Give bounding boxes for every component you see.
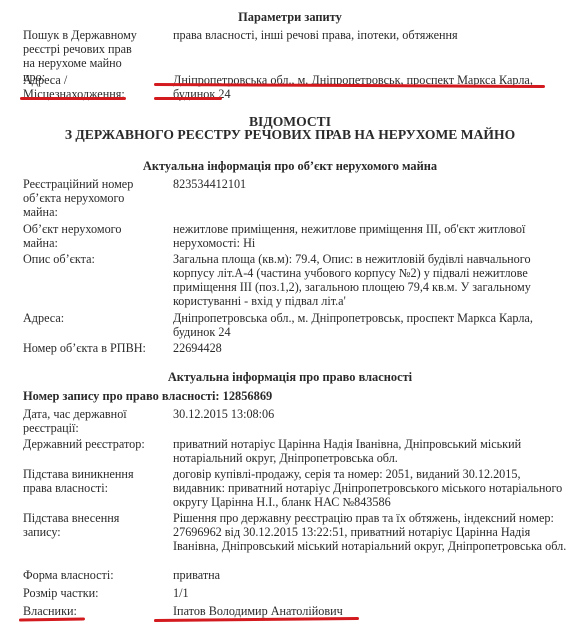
field-value: договір купівлі-продажу, серія та номер:…: [173, 467, 565, 509]
property-info-heading: Актуальна інформація про об’єкт нерухомо…: [0, 159, 580, 173]
document-title-line2: З ДЕРЖАВНОГО РЕЄСТРУ РЕЧОВИХ ПРАВ НА НЕР…: [0, 127, 580, 142]
field-label: Номер об’єкта в РПВН:: [23, 341, 148, 355]
red-underline-annotation: [154, 97, 222, 100]
field-label: Розмір частки:: [23, 586, 148, 600]
field-label: Власники:: [23, 604, 148, 618]
field-value: 823534412101: [173, 177, 565, 191]
field-value: Загальна площа (кв.м): 79.4, Опис: в неж…: [173, 252, 565, 308]
field-label: Дата, час державної реєстрації:: [23, 407, 133, 435]
field-label: Підстава внесення запису:: [23, 511, 133, 539]
field-label: Державний реєстратор:: [23, 437, 158, 451]
field-value: Дніпропетровська обл., м. Дніпропетровсь…: [173, 311, 565, 339]
field-value: приватна: [173, 568, 565, 582]
field-value: приватний нотаріус Царінна Надія Іванівн…: [173, 437, 565, 465]
field-value: 1/1: [173, 586, 565, 600]
field-value: Іпатов Володимир Анатолійович: [173, 604, 565, 618]
field-value: права власності, інші речові права, іпот…: [173, 28, 565, 42]
field-value: нежитлове приміщення, нежитлове приміщен…: [173, 222, 565, 250]
field-value: 30.12.2015 13:08:06: [173, 407, 565, 421]
red-underline-annotation: [19, 617, 85, 621]
field-label: Опис об’єкта:: [23, 252, 148, 266]
field-label: Об’єкт нерухомого майна:: [23, 222, 133, 250]
field-value: Рішення про державну реєстрацію прав та …: [173, 511, 571, 553]
ownership-record-number: Номер запису про право власності: 128568…: [23, 389, 272, 403]
field-label: Форма власності:: [23, 568, 148, 582]
field-label: Підстава виникнення права власності:: [23, 467, 141, 495]
ownership-info-heading: Актуальна інформація про право власності: [0, 370, 580, 384]
field-label: Реєстраційний номер об’єкта нерухомого м…: [23, 177, 135, 219]
query-params-heading: Параметри запиту: [0, 10, 580, 24]
field-value: 22694428: [173, 341, 565, 355]
red-underline-annotation: [20, 97, 126, 100]
field-label: Адреса:: [23, 311, 148, 325]
